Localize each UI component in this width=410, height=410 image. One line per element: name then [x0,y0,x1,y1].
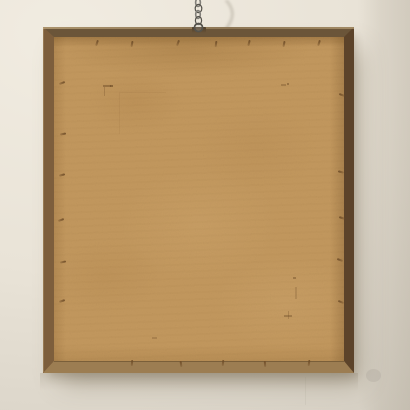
blemish-mark [152,337,157,339]
photo-scene [0,0,410,410]
blemish-mark [305,377,306,405]
hanger-ring [195,24,203,32]
blemishes-layer [0,0,410,410]
blemish-mark [366,369,381,382]
blemish-mark [287,83,289,85]
blemish-mark [104,87,105,96]
blemish-mark [293,277,296,279]
blemish-mark [281,84,286,86]
blemish-mark [119,92,120,134]
blemish-mark [288,311,290,319]
blemish-mark [295,287,297,299]
blemish-mark [110,85,113,88]
hanging-chain [177,0,221,36]
blemish-mark [120,92,166,93]
